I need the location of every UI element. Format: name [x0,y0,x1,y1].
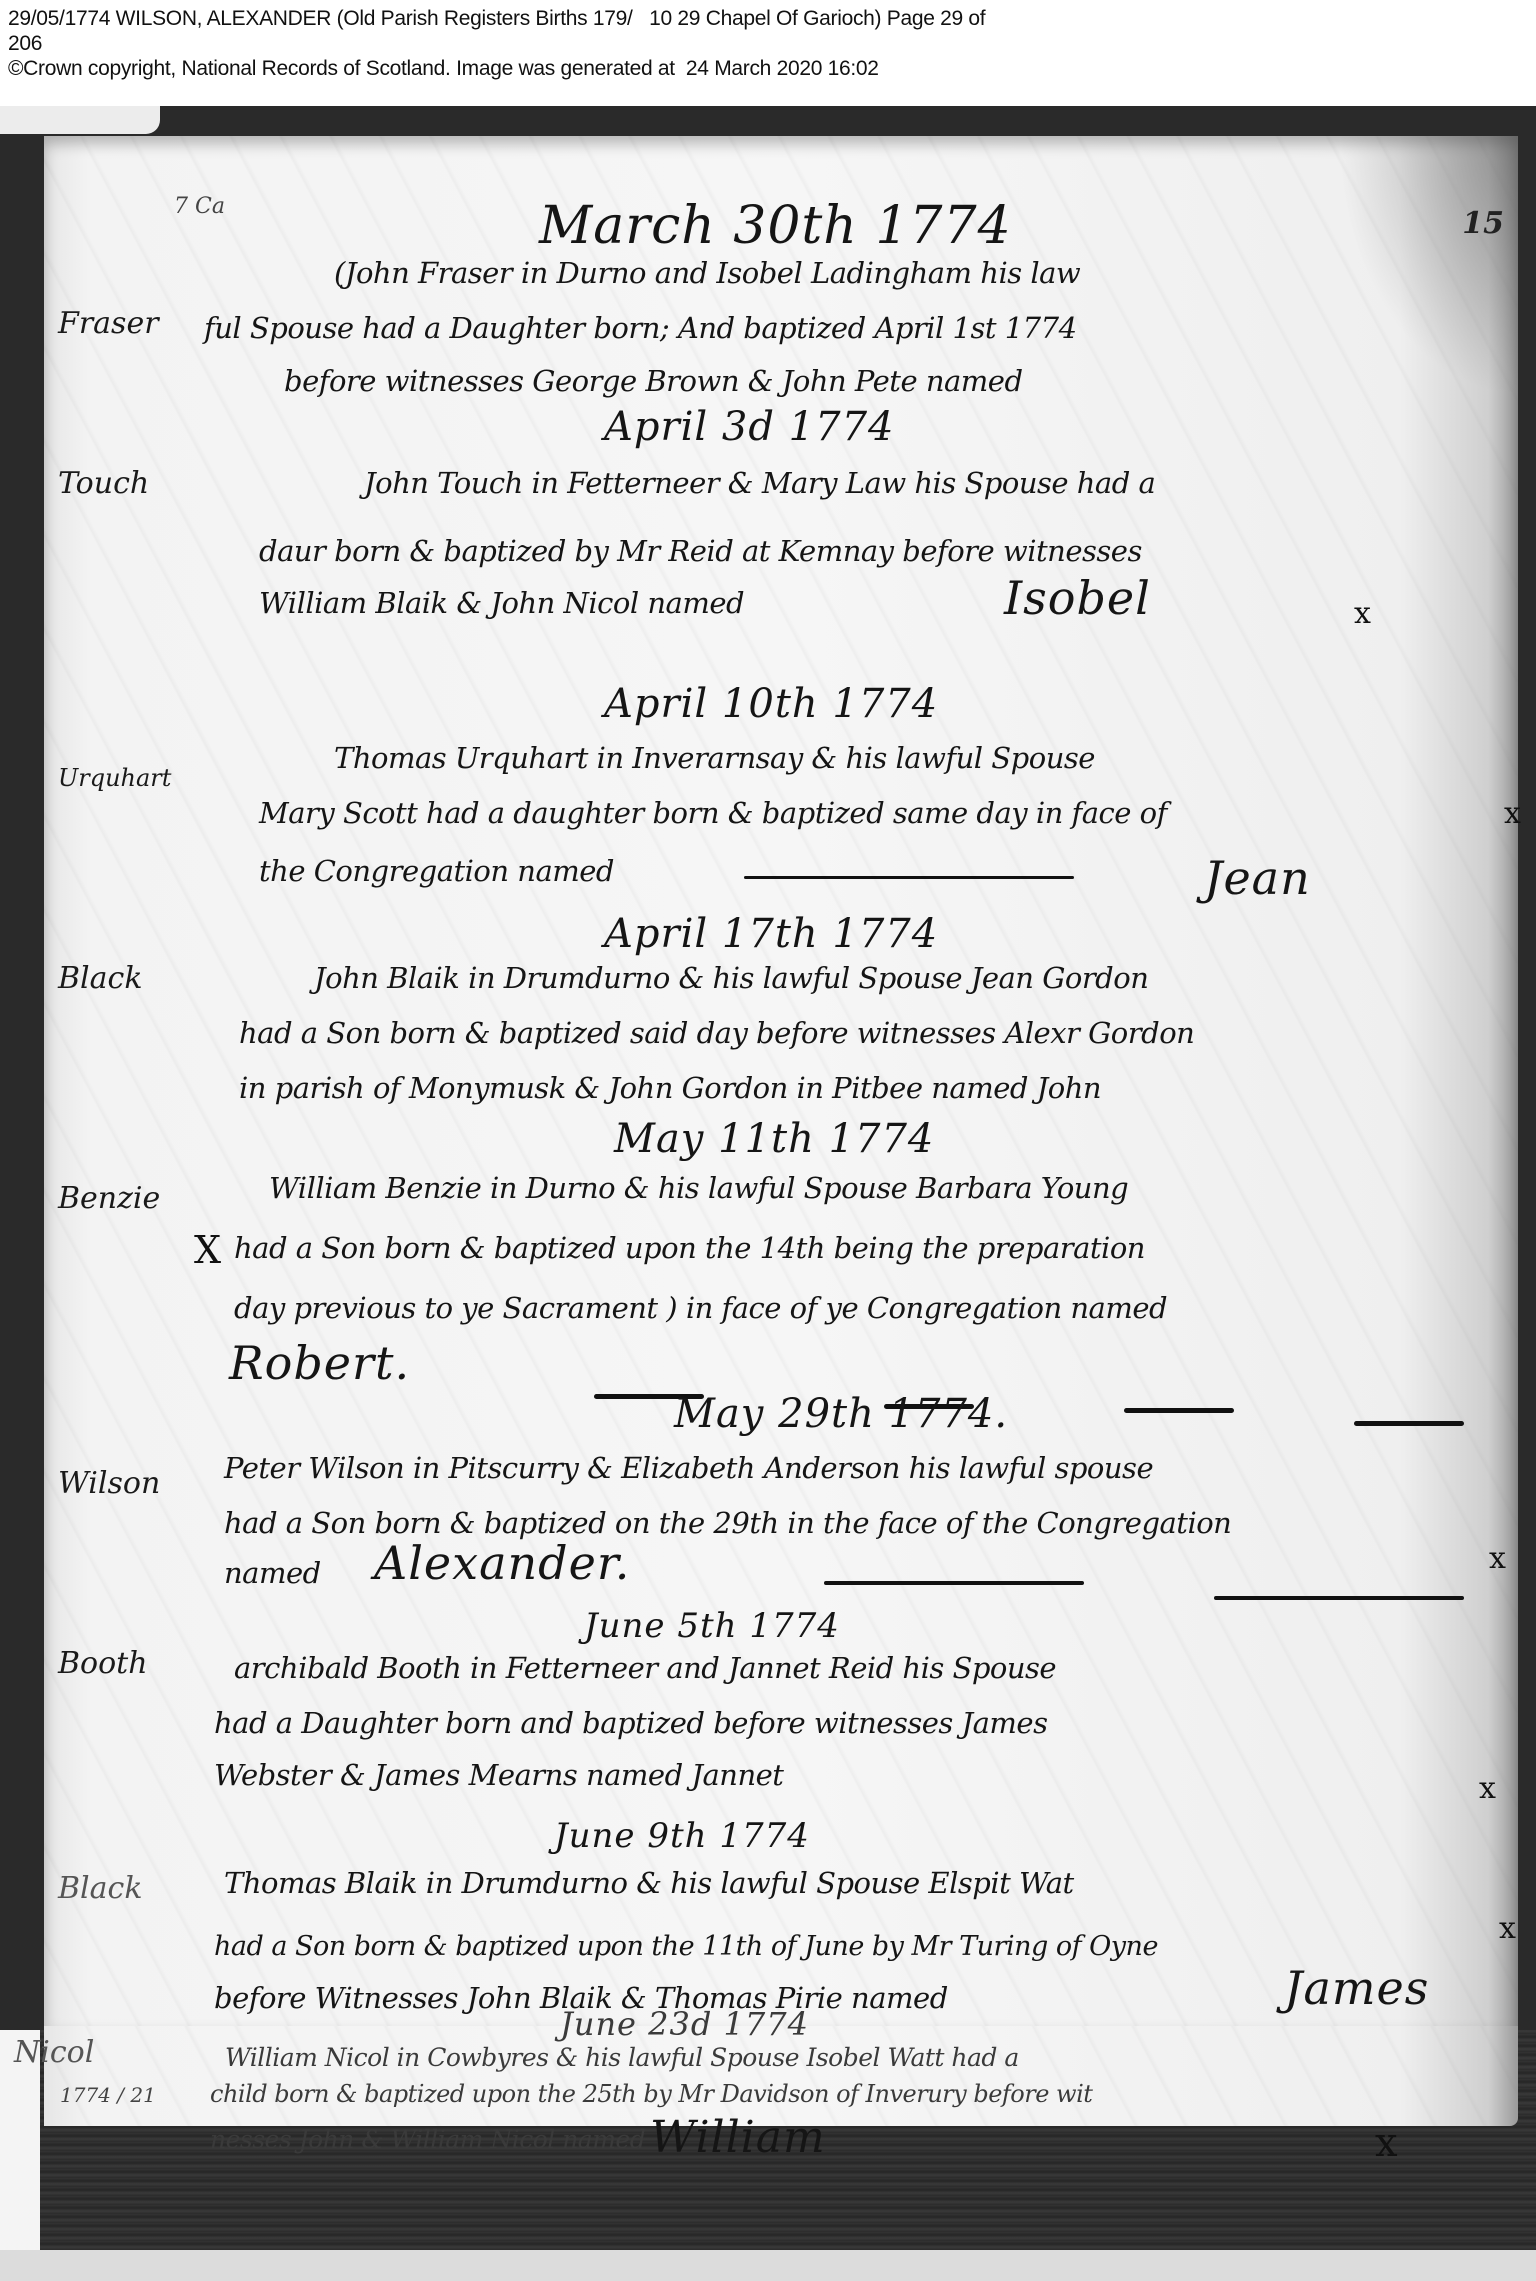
entry-line: William Benzie in Durno & his lawful Spo… [269,1171,1128,1205]
divider-stroke [1124,1408,1234,1413]
register-page-lower [44,2026,1518,2126]
entry-line: John Blaik in Drumdurno & his lawful Spo… [314,961,1148,995]
scanned-register-image: 7 Ca 15 March 30th 1774 Fraser (John Fra… [0,106,1536,2250]
entry-mark: x [1504,796,1521,831]
entry-date: May 29th 1774. [674,1391,1008,1437]
entry-date: March 30th 1774 [539,196,1012,256]
child-name: Alexander. [374,1536,630,1590]
entry-line: named [224,1556,321,1590]
divider-stroke [824,1581,1084,1585]
page-number: 15 [1462,206,1504,241]
entry-line: Mary Scott had a daughter born & baptize… [259,796,1167,830]
entry-surname: Booth [58,1646,148,1681]
entry-mark: x [1499,1911,1516,1946]
entry-line: John Touch in Fetterneer & Mary Law his … [364,466,1155,500]
entry-line: (John Fraser in Durno and Isobel Ladingh… [334,256,1080,290]
page-shadow [1338,136,1518,396]
entry-date: April 17th 1774 [604,911,938,957]
entry-surname: Black [58,961,143,996]
entry-date: June 9th 1774 [554,1816,810,1856]
child-name: James [1284,1961,1429,2015]
entry-line: archibald Booth in Fetterneer and Jannet… [234,1651,1056,1685]
entry-surname: Black [58,1871,143,1906]
caption-copyright: ©Crown copyright, National Records of Sc… [8,56,1508,81]
child-name: Robert. [229,1336,410,1390]
entry-surname: Urquhart [58,764,171,792]
entry-date: May 11th 1774 [614,1116,934,1162]
entry-line: had a Son born & baptized said day befor… [239,1016,1194,1050]
entry-line: before witnesses George Brown & John Pet… [284,364,1023,398]
entry-line: Webster & James Mearns named Jannet [214,1758,783,1792]
entry-line: ful Spouse had a Daughter born; And bapt… [204,311,1077,345]
entry-surname: Wilson [58,1466,160,1501]
caption-record-line: 29/05/1774 WILSON, ALEXANDER (Old Parish… [8,6,1508,31]
entry-line: Peter Wilson in Pitscurry & Elizabeth An… [224,1451,1153,1485]
entry-surname: Fraser [58,306,159,341]
entry-line: the Congregation named [259,854,614,888]
entry-mark: x [1479,1771,1496,1806]
register-page: 7 Ca 15 March 30th 1774 Fraser (John Fra… [44,136,1518,2026]
entry-line: Thomas Urquhart in Inverarnsay & his law… [334,741,1095,775]
entry-mark: X [194,1228,221,1272]
entry-date: June 5th 1774 [584,1606,840,1646]
entry-line: had a Son born & baptized upon the 14th … [234,1231,1145,1265]
entry-line: day previous to ye Sacrament ) in face o… [234,1291,1167,1325]
entry-surname: Benzie [58,1181,160,1216]
entry-line: before Witnesses John Blaik & Thomas Pir… [214,1981,948,2015]
folio-mark: 7 Ca [174,194,225,219]
entry-date: April 3d 1774 [604,404,894,450]
child-name: Isobel [1004,571,1151,625]
viewer-bottom-bar [0,2250,1536,2281]
entry-surname: Touch [58,466,149,501]
child-name: Jean [1204,851,1311,905]
entry-line: had a Son born & baptized on the 29th in… [224,1506,1231,1540]
entry-line: had a Daughter born and baptized before … [214,1706,1047,1740]
entry-mark: x [1354,596,1371,631]
divider-stroke [1354,1421,1464,1426]
entry-mark: x [1489,1541,1506,1576]
image-caption: 29/05/1774 WILSON, ALEXANDER (Old Parish… [8,6,1508,81]
divider-stroke [1214,1596,1464,1600]
fill-line [744,876,1074,879]
entry-line: daur born & baptized by Mr Reid at Kemna… [259,534,1142,568]
entry-date: April 10th 1774 [604,681,938,727]
scan-edge-tab [0,106,160,134]
caption-page-total: 206 [8,31,1508,56]
entry-line: Thomas Blaik in Drumdurno & his lawful S… [224,1866,1074,1900]
entry-line: had a Son born & baptized upon the 11th … [214,1931,1158,1962]
entry-line: in parish of Monymusk & John Gordon in P… [239,1071,1101,1105]
entry-line: William Blaik & John Nicol named [259,586,744,620]
